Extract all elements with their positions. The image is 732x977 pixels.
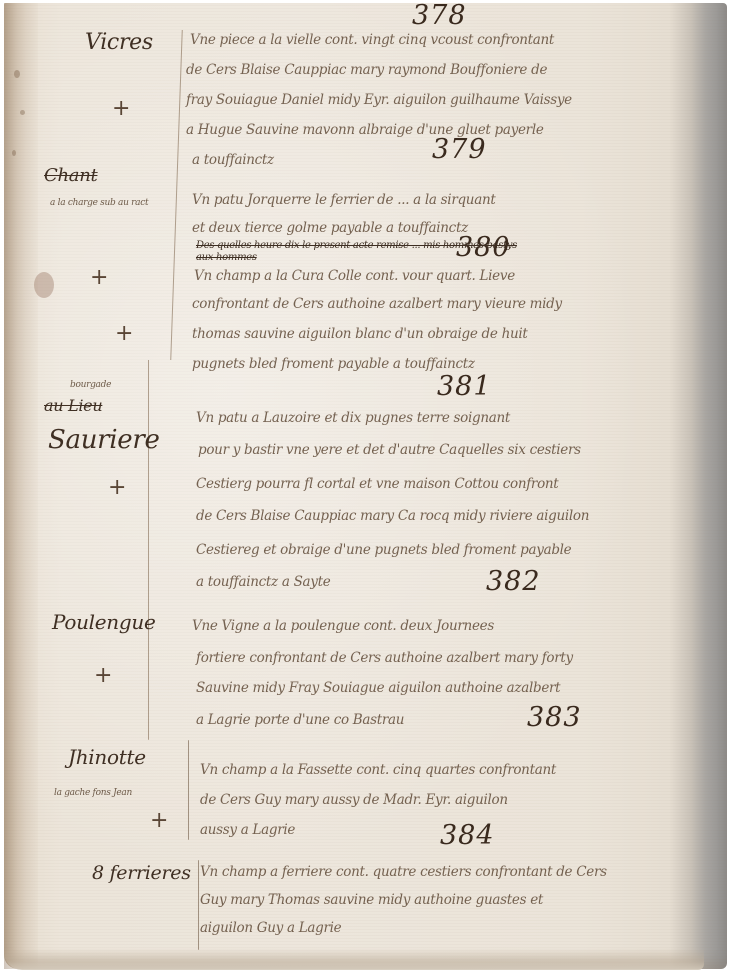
margin-label-poulengue: Poulengue [52,610,156,634]
entry-number: 381 [437,371,492,402]
margin-label-vicres: Vicres [85,30,153,55]
entry-text-line: a Lagrie porte d'une co Bastrau [196,712,404,728]
entry-text-line: pugnets bled froment payable a touffainc… [192,356,475,372]
cross-mark-icon: + [94,663,112,688]
cross-mark-icon: + [90,265,108,290]
entry-text-line: thomas sauvine aiguilon blanc d'un obrai… [192,326,528,342]
ink-spot [14,70,20,78]
margin-note: bourgade [70,380,111,390]
entry-brace [198,860,199,950]
entry-text-line: Cestiereg et obraige d'une pugnets bled … [196,542,571,558]
entry-text-line: Vn champ a la Cura Colle cont. vour quar… [194,268,515,284]
entry-text-line: aussy a Lagrie [200,822,295,838]
margin-label-chant: Chant [44,165,97,186]
ink-spot [20,110,25,115]
entry-text-line: Guy mary Thomas sauvine midy authoine gu… [200,892,543,908]
entry-text-line: et deux tierce golme payable a touffainc… [192,220,468,236]
entry-text-line: de Cers Blaise Cauppiac mary Ca rocq mid… [196,508,589,524]
stain-spot [34,272,54,298]
margin-note: la gache fons Jean [54,786,164,800]
margin-struck-label: au Lieu [44,396,102,415]
entry-text-line: Vne Vigne a la poulengue cont. deux Jour… [192,618,494,634]
entry-text-line: fortiere confrontant de Cers authoine az… [196,650,573,666]
cross-mark-icon: + [112,96,130,121]
entry-text-line: a touffainctz a Sayte [196,574,330,590]
entry-text-line: fray Souiague Daniel midy Eyr. aiguilon … [186,92,572,108]
entry-brace [188,740,189,840]
entry-text-line: Cestierg pourra fl cortal et vne maison … [196,476,558,492]
struck-text-line: aux hommes [196,252,257,263]
entry-text-line: de Cers Guy mary aussy de Madr. Eyr. aig… [200,792,508,808]
cross-mark-icon: + [108,475,126,500]
entry-number: 382 [486,566,541,597]
entry-text-line: pour y bastir vne yere et det d'autre Ca… [198,442,581,458]
margin-rule [148,360,149,740]
entry-number: 379 [432,134,487,165]
cross-mark-icon: + [150,808,168,833]
margin-note: a la charge sub au ract [50,196,150,210]
entry-text-line: Vne piece a la vielle cont. vingt cinq v… [190,32,554,48]
water-stain-left-edge [4,3,38,969]
entry-text-line: Vn champ a ferriere cont. quatre cestier… [200,864,607,880]
entry-number: 384 [440,820,495,851]
cross-mark-icon: + [115,321,133,346]
entry-number: 383 [527,702,582,733]
entry-text-line: Vn champ a la Fassette cont. cinq quarte… [200,762,556,778]
margin-label-ferrieres: 8 ferrieres [92,862,191,884]
entry-text-line: a Hugue Sauvine mavonn albraige d'une gl… [186,122,544,138]
ink-spot [12,150,16,156]
entry-text-line: aiguilon Guy a Lagrie [200,920,341,936]
entry-text-line: Vn patu a Lauzoire et dix pugnes terre s… [196,410,510,426]
entry-text-line: confrontant de Cers authoine azalbert ma… [192,296,562,312]
margin-label-jhinotte: Jhinotte [68,745,146,769]
entry-text-line: Sauvine midy Fray Souiague aiguilon auth… [196,680,560,696]
worn-bottom-edge [4,948,704,970]
entry-text-line: de Cers Blaise Cauppiac mary raymond Bou… [186,62,547,78]
entry-number: 378 [412,0,467,31]
entry-text-line: a touffainctz [192,152,274,168]
entry-text-line: Vn patu Jorquerre le ferrier de ... a la… [192,192,495,208]
margin-label-sauriere: Sauriere [48,425,160,455]
struck-text-line: Des quelles heure dix le present acte re… [196,240,517,251]
